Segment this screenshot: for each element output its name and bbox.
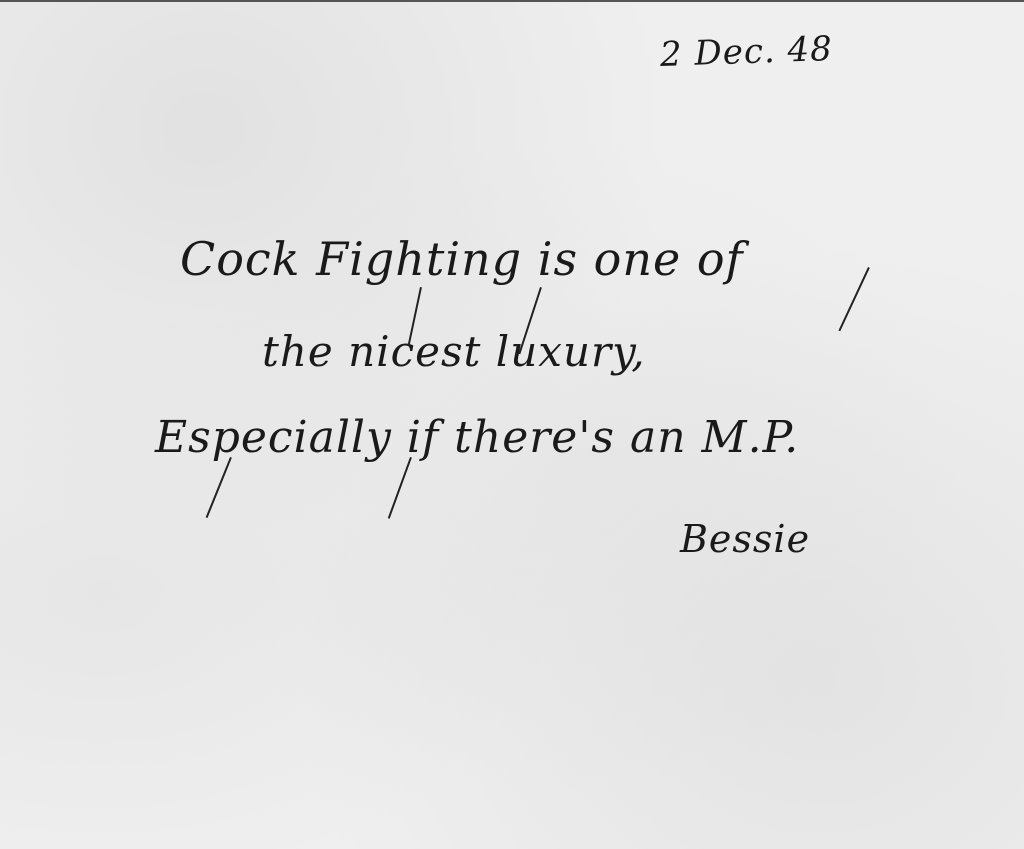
descender-stroke: [206, 457, 232, 518]
signature: Bessie: [680, 517, 810, 561]
note-line-3: Especially if there's an M.P.: [155, 412, 799, 463]
note-card: 2 Dec. 48 Cock Fighting is one of the ni…: [0, 0, 1024, 849]
descender-stroke: [838, 267, 869, 331]
note-line-1: Cock Fighting is one of: [180, 232, 744, 286]
note-date: 2 Dec. 48: [659, 29, 833, 75]
descender-stroke: [388, 457, 412, 519]
note-line-2: the nicest luxury,: [262, 327, 646, 376]
